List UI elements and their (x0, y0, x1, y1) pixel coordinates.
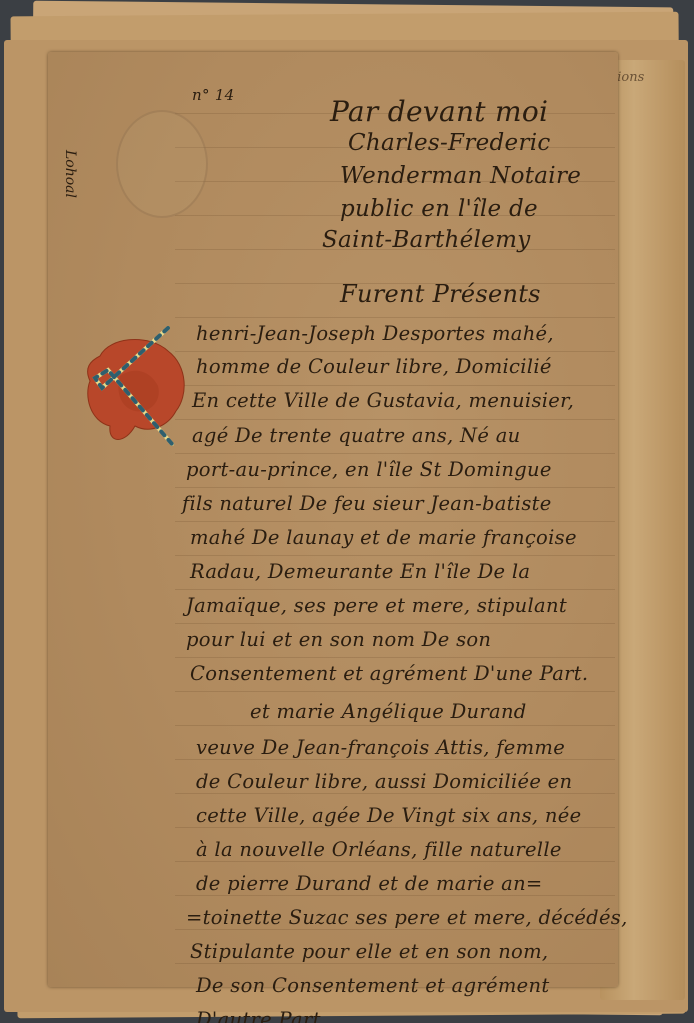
header-line: Par devant moi (330, 95, 548, 128)
body-line: mahé De launay et de marie françoise (190, 526, 577, 549)
body-line: D'autre Part (196, 1008, 321, 1023)
folio-number: n° 14 (192, 86, 235, 104)
body-line: =toinette Suzac ses pere et mere, décédé… (186, 906, 628, 929)
body-line: port-au-prince, en l'île St Domingue (186, 458, 552, 481)
faded-stamp (116, 110, 208, 218)
body-line: pour lui et en son nom De son (186, 628, 491, 651)
body-line: et marie Angélique Durand (250, 700, 527, 723)
body-line: De son Consentement et agrément (196, 974, 549, 997)
body-line: de pierre Durand et de marie an= (196, 872, 543, 895)
body-line: Furent Présents (340, 280, 541, 308)
body-line: à la nouvelle Orléans, fille naturelle (196, 838, 562, 861)
header-line: Saint-Barthélemy (322, 227, 531, 253)
margin-note-vertical: Lohoal (62, 150, 78, 198)
body-line: cette Ville, agée De Vingt six ans, née (196, 804, 581, 827)
header-line: Charles-Frederic (348, 130, 551, 156)
body-line: Stipulante pour elle et en son nom, (190, 940, 548, 963)
body-line: Consentement et agrément D'une Part. (190, 662, 588, 685)
wax-seal-icon (80, 326, 190, 446)
body-line: En cette Ville de Gustavia, menuisier, (192, 389, 574, 412)
body-line: veuve De Jean-françois Attis, femme (196, 736, 565, 759)
body-line: henri-Jean-Joseph Desportes mahé, (196, 322, 554, 345)
body-line: Radau, Demeurante En l'île De la (190, 560, 530, 583)
body-line: fils naturel De feu sieur Jean-batiste (182, 492, 552, 515)
body-line: Jamaïque, ses pere et mere, stipulant (186, 594, 567, 617)
body-line: de Couleur libre, aussi Domiciliée en (196, 770, 572, 793)
header-line: public en l'île de (340, 196, 538, 222)
body-line: agé De trente quatre ans, Né au (192, 424, 521, 447)
header-line: Wenderman Notaire (340, 163, 581, 189)
body-line: homme de Couleur libre, Domicilié (196, 355, 552, 378)
